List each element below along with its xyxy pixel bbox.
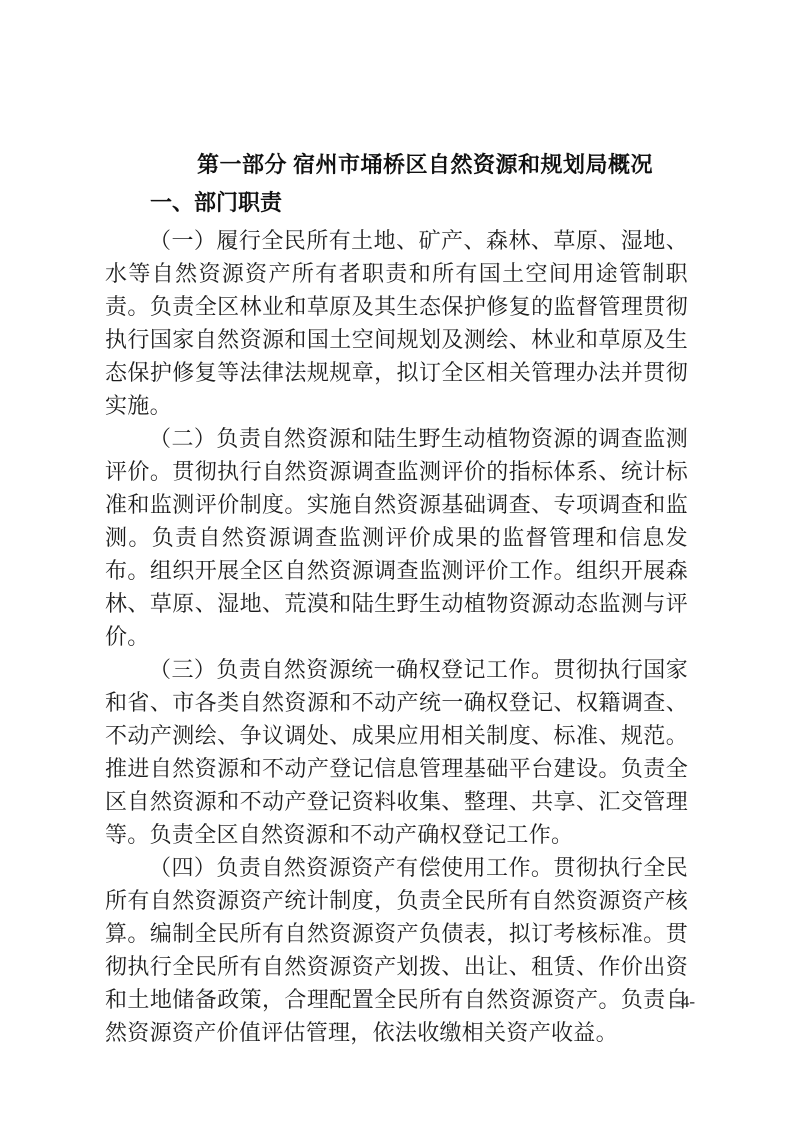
document-content: 第一部分 宿州市埇桥区自然资源和规划局概况 一、部门职责 （一）履行全民所有土地… bbox=[105, 148, 688, 1049]
document-title: 第一部分 宿州市埇桥区自然资源和规划局概况 bbox=[105, 148, 688, 181]
paragraph-duty-2: （二）负责自然资源和陆生野生动植物资源的调查监测评价。贯彻执行自然资源调查监测评… bbox=[105, 422, 688, 653]
section-heading: 一、部门职责 bbox=[105, 186, 688, 219]
page-number: -4- bbox=[675, 992, 695, 1012]
document-page: 第一部分 宿州市埇桥区自然资源和规划局概况 一、部门职责 （一）履行全民所有土地… bbox=[0, 0, 793, 1122]
paragraph-duty-4: （四）负责自然资源资产有偿使用工作。贯彻执行全民所有自然资源资产统计制度，负责全… bbox=[105, 851, 688, 1049]
paragraph-duty-3: （三）负责自然资源统一确权登记工作。贯彻执行国家和省、市各类自然资源和不动产统一… bbox=[105, 653, 688, 851]
paragraph-duty-1: （一）履行全民所有土地、矿产、森林、草原、湿地、水等自然资源资产所有者职责和所有… bbox=[105, 224, 688, 422]
